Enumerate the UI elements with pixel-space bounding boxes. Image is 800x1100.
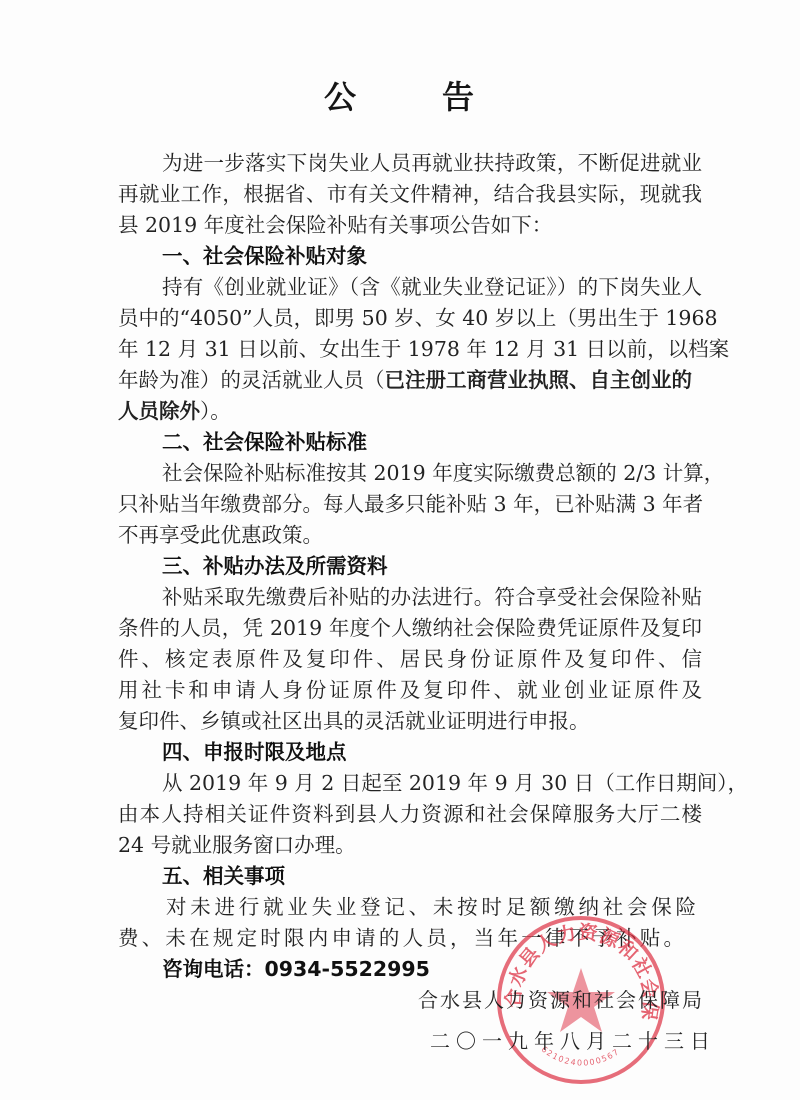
intro-line-1: 为进一步落实下岗失业人员再就业扶持政策，不断促进就业 bbox=[162, 148, 702, 178]
intro-line-2: 再就业工作，根据省、市有关文件精神，结合我县实际，现就我 bbox=[118, 179, 702, 209]
section-1-line-5: 人员除外）。 bbox=[118, 396, 702, 426]
section-4-heading: 四、申报时限及地点 bbox=[162, 737, 347, 767]
section-3-line-1: 补贴采取先缴费后补贴的办法进行。符合享受社会保险补贴 bbox=[162, 582, 702, 612]
section-3-line-4: 用社卡和申请人身份证原件及复印件、就业创业证原件及 bbox=[118, 675, 702, 705]
notice-document: 公告 为进一步落实下岗失业人员再就业扶持政策，不断促进就业 再就业工作，根据省、… bbox=[0, 0, 800, 1100]
section-4-line-1: 从 2019 年 9 月 2 日起至 2019 年 9 月 30 日（工作日期间… bbox=[162, 768, 702, 798]
section-3-line-5: 复印件、乡镇或社区出具的灵活就业证明进行申报。 bbox=[118, 706, 702, 736]
contact-phone: 咨询电话：0934-5522995 bbox=[162, 954, 430, 984]
section-5-heading: 五、相关事项 bbox=[162, 861, 285, 891]
section-1-line-4a: 年龄为准）的灵活就业人员（ bbox=[118, 368, 385, 392]
document-title: 公告 bbox=[0, 72, 800, 118]
title-char-2: 告 bbox=[442, 72, 476, 118]
section-1-heading: 一、社会保险补贴对象 bbox=[162, 241, 367, 271]
section-1-line-4: 年龄为准）的灵活就业人员（已注册工商营业执照、自主创业的 bbox=[118, 365, 702, 395]
section-1-exclusion-end: 人员除外 bbox=[118, 399, 200, 423]
issue-date: 二〇一九年八月二十三日 bbox=[430, 1026, 716, 1056]
section-1-line-1: 持有《创业就业证》（含《就业失业登记证》）的下岗失业人 bbox=[162, 272, 702, 302]
section-2-line-2: 只补贴当年缴费部分。每人最多只能补贴 3 年，已补贴满 3 年者 bbox=[118, 489, 702, 519]
section-3-line-3: 件、核定表原件及复印件、居民身份证原件及复印件、信 bbox=[118, 644, 702, 674]
section-1-line-2: 员中的“4050”人员，即男 50 岁、女 40 岁以上（男出生于 1968 bbox=[118, 303, 702, 333]
section-3-heading: 三、补贴办法及所需资料 bbox=[162, 551, 388, 581]
intro-line-3: 县 2019 年度社会保险补贴有关事项公告如下： bbox=[118, 210, 702, 240]
section-1-close: ）。 bbox=[200, 399, 231, 423]
title-char-1: 公 bbox=[324, 72, 358, 118]
section-3-line-2: 条件的人员，凭 2019 年度个人缴纳社会保险费凭证原件及复印 bbox=[118, 613, 702, 643]
section-2-line-1: 社会保险补贴标准按其 2019 年度实际缴费总额的 2/3 计算， bbox=[162, 458, 702, 488]
section-2-heading: 二、社会保险补贴标准 bbox=[162, 427, 367, 457]
section-2-line-3: 不再享受此优惠政策。 bbox=[118, 520, 702, 550]
section-1-exclusion: 已注册工商营业执照、自主创业的 bbox=[385, 368, 693, 392]
issuer-name: 合水县人力资源和社会保障局 bbox=[418, 985, 704, 1015]
section-4-line-2: 由本人持相关证件资料到县人力资源和社会保障服务大厅二楼 bbox=[118, 799, 702, 829]
section-4-line-3: 24 号就业服务窗口办理。 bbox=[118, 830, 702, 860]
section-1-line-3: 年 12 月 31 日以前、女出生于 1978 年 12 月 31 日以前，以档… bbox=[118, 334, 702, 364]
